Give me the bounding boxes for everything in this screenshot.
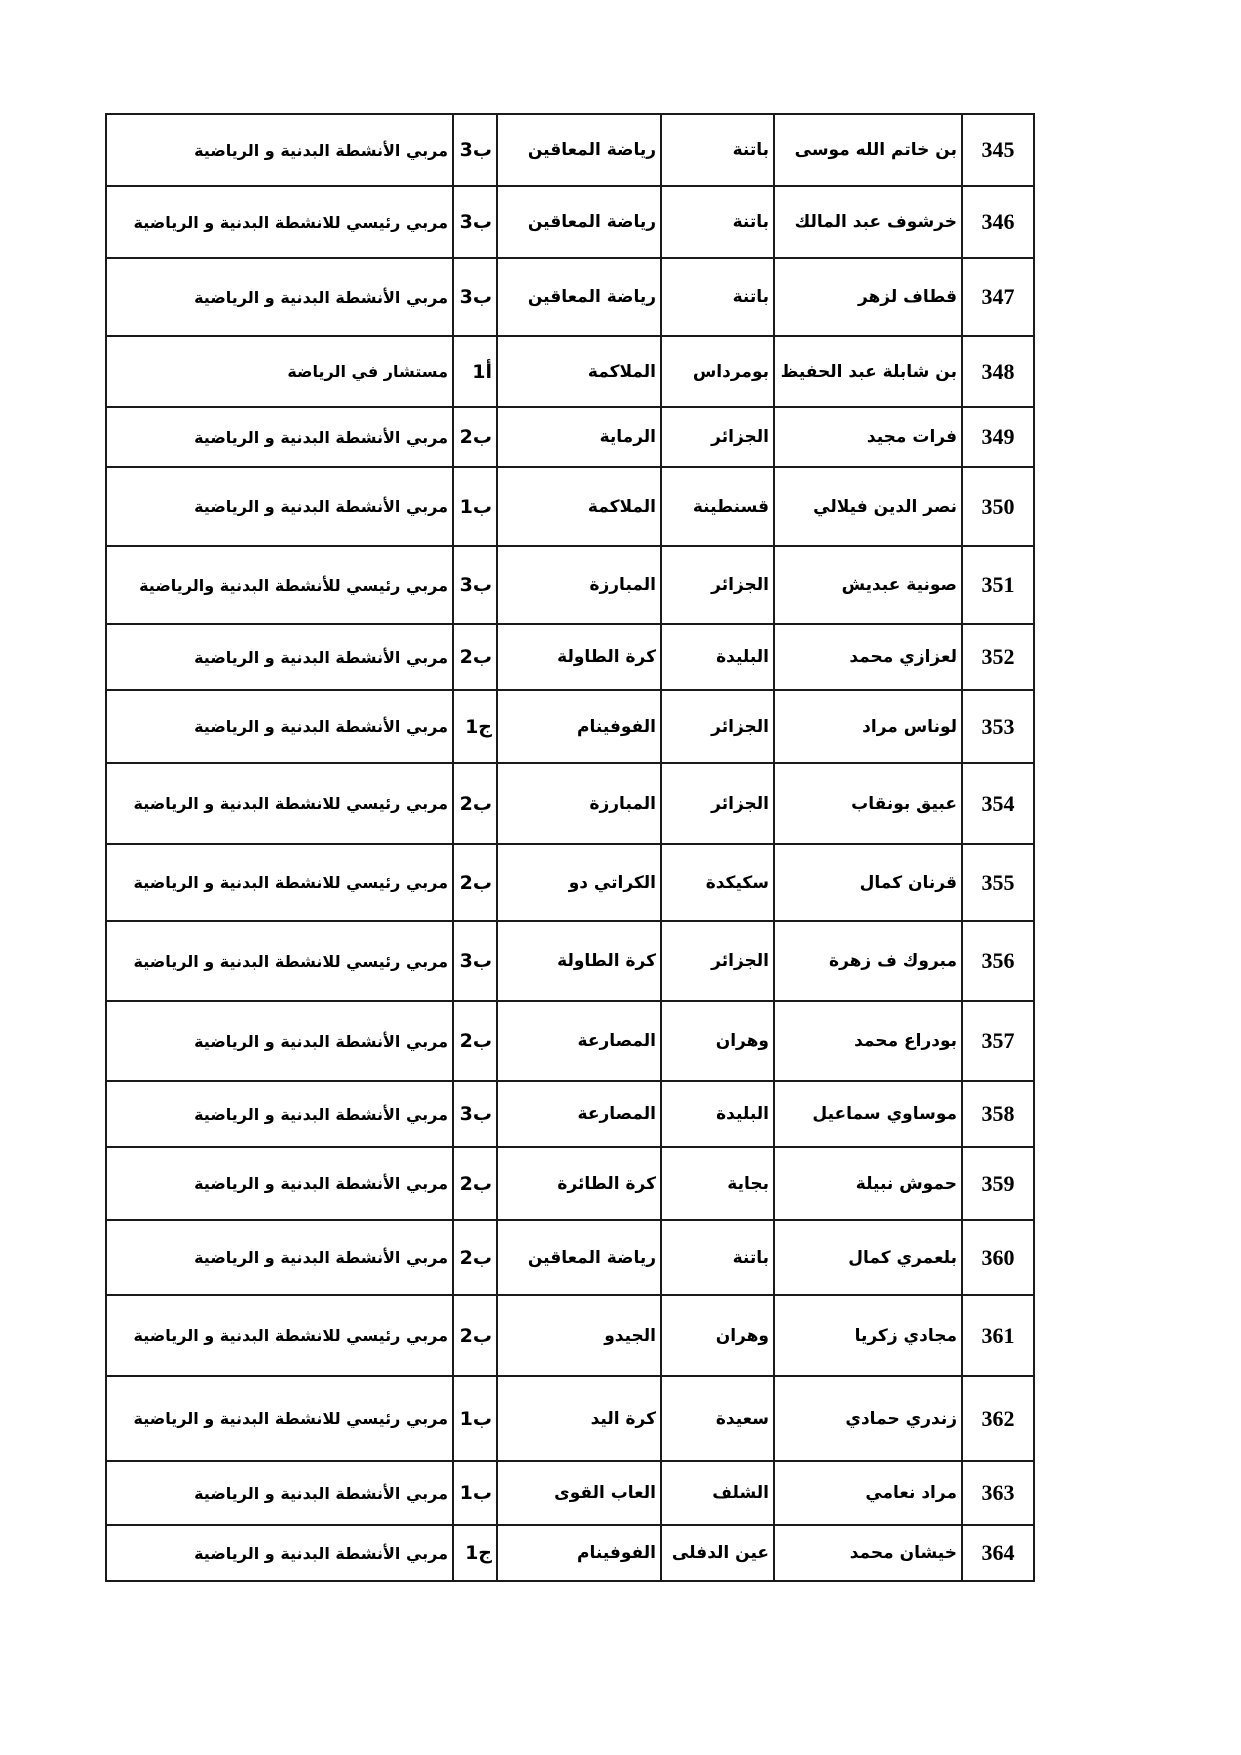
grade: ب2 [453,1147,497,1220]
job-title: مربي الأنشطة البدنية و الرياضية [106,407,453,467]
sport: الكراتي دو [497,844,661,921]
wilaya: الجزائر [661,690,774,763]
table-row: 349 فرات مجيد الجزائر الرماية ب2 مربي ال… [106,407,1034,467]
table-row: 360 بلعمري كمال باتنة رياضة المعاقين ب2 … [106,1220,1034,1295]
wilaya: وهران [661,1295,774,1376]
row-number: 361 [962,1295,1034,1376]
grade: ب2 [453,844,497,921]
table-row: 361 مجادي زكريا وهران الجيدو ب2 مربي رئي… [106,1295,1034,1376]
wilaya: قسنطينة [661,467,774,546]
grade: ب3 [453,186,497,258]
table-row: 345 بن خاتم الله موسى باتنة رياضة المعاق… [106,114,1034,186]
person-name: قطاف لزهر [774,258,962,336]
grade: ب3 [453,1081,497,1147]
wilaya: باتنة [661,114,774,186]
sport: كرة الطاولة [497,624,661,690]
coaches-table: 345 بن خاتم الله موسى باتنة رياضة المعاق… [105,113,1035,1582]
wilaya: البليدة [661,624,774,690]
sport: المبارزة [497,546,661,624]
sport: رياضة المعاقين [497,258,661,336]
grade: ب2 [453,1001,497,1081]
row-number: 351 [962,546,1034,624]
grade: ب3 [453,114,497,186]
wilaya: الجزائر [661,546,774,624]
person-name: لوناس مراد [774,690,962,763]
sport: الرماية [497,407,661,467]
row-number: 349 [962,407,1034,467]
job-title: مربي الأنشطة البدنية و الرياضية [106,1001,453,1081]
row-number: 359 [962,1147,1034,1220]
sport: الجيدو [497,1295,661,1376]
wilaya: سكيكدة [661,844,774,921]
person-name: موساوي سماعيل [774,1081,962,1147]
row-number: 357 [962,1001,1034,1081]
person-name: خيشان محمد [774,1525,962,1581]
table-body: 345 بن خاتم الله موسى باتنة رياضة المعاق… [106,114,1034,1581]
grade: ج1 [453,690,497,763]
table-row: 362 زندري حمادي سعيدة كرة اليد ب1 مربي ر… [106,1376,1034,1461]
table-row: 353 لوناس مراد الجزائر الفوفينام ج1 مربي… [106,690,1034,763]
job-title: مربي الأنشطة البدنية و الرياضية [106,1147,453,1220]
table-row: 356 مبروك ف زهرة الجزائر كرة الطاولة ب3 … [106,921,1034,1001]
job-title: مربي الأنشطة البدنية و الرياضية [106,690,453,763]
sport: المصارعة [497,1081,661,1147]
row-number: 358 [962,1081,1034,1147]
job-title: مربي الأنشطة البدنية و الرياضية [106,114,453,186]
job-title: مربي الأنشطة البدنية و الرياضية [106,258,453,336]
grade: ب3 [453,921,497,1001]
row-number: 355 [962,844,1034,921]
person-name: فرات مجيد [774,407,962,467]
row-number: 364 [962,1525,1034,1581]
wilaya: باتنة [661,258,774,336]
person-name: صونية عبديش [774,546,962,624]
person-name: بن شابلة عبد الحفيظ [774,336,962,407]
table-row: 359 حموش نبيلة بجاية كرة الطائرة ب2 مربي… [106,1147,1034,1220]
job-title: مربي الأنشطة البدنية و الرياضية [106,467,453,546]
sport: المبارزة [497,763,661,844]
job-title: مربي الأنشطة البدنية و الرياضية [106,1525,453,1581]
table-row: 348 بن شابلة عبد الحفيظ بومرداس الملاكمة… [106,336,1034,407]
table-row: 346 خرشوف عبد المالك باتنة رياضة المعاقي… [106,186,1034,258]
sport: كرة اليد [497,1376,661,1461]
grade: ب3 [453,546,497,624]
sport: رياضة المعاقين [497,114,661,186]
row-number: 345 [962,114,1034,186]
grade: ب1 [453,1376,497,1461]
sport: العاب القوى [497,1461,661,1525]
person-name: خرشوف عبد المالك [774,186,962,258]
wilaya: سعيدة [661,1376,774,1461]
job-title: مربي الأنشطة البدنية و الرياضية [106,1081,453,1147]
job-title: مربي الأنشطة البدنية و الرياضية [106,624,453,690]
job-title: مربي رئيسي للانشطة البدنية و الرياضية [106,186,453,258]
row-number: 362 [962,1376,1034,1461]
job-title: مستشار في الرياضة [106,336,453,407]
sport: الفوفينام [497,690,661,763]
job-title: مربي رئيسي للانشطة البدنية و الرياضية [106,844,453,921]
table-row: 352 لعزازي محمد البليدة كرة الطاولة ب2 م… [106,624,1034,690]
row-number: 352 [962,624,1034,690]
person-name: بن خاتم الله موسى [774,114,962,186]
grade: ج1 [453,1525,497,1581]
sport: كرة الطائرة [497,1147,661,1220]
person-name: لعزازي محمد [774,624,962,690]
grade: ب3 [453,258,497,336]
job-title: مربي رئيسي للانشطة البدنية و الرياضية [106,921,453,1001]
person-name: بودراع محمد [774,1001,962,1081]
row-number: 347 [962,258,1034,336]
table-row: 363 مراد نعامي الشلف العاب القوى ب1 مربي… [106,1461,1034,1525]
wilaya: بجاية [661,1147,774,1220]
table-row: 354 عبيق بونقاب الجزائر المبارزة ب2 مربي… [106,763,1034,844]
grade: ب2 [453,624,497,690]
grade: ب2 [453,407,497,467]
person-name: قرنان كمال [774,844,962,921]
row-number: 350 [962,467,1034,546]
job-title: مربي الأنشطة البدنية و الرياضية [106,1461,453,1525]
wilaya: عين الدفلى [661,1525,774,1581]
table-row: 351 صونية عبديش الجزائر المبارزة ب3 مربي… [106,546,1034,624]
wilaya: باتنة [661,1220,774,1295]
wilaya: باتنة [661,186,774,258]
person-name: نصر الدين فيلالي [774,467,962,546]
sport: الفوفينام [497,1525,661,1581]
table-row: 364 خيشان محمد عين الدفلى الفوفينام ج1 م… [106,1525,1034,1581]
person-name: مجادي زكريا [774,1295,962,1376]
person-name: زندري حمادي [774,1376,962,1461]
row-number: 346 [962,186,1034,258]
wilaya: وهران [661,1001,774,1081]
table-row: 358 موساوي سماعيل البليدة المصارعة ب3 مر… [106,1081,1034,1147]
table-row: 355 قرنان كمال سكيكدة الكراتي دو ب2 مربي… [106,844,1034,921]
sport: الملاكمة [497,467,661,546]
grade: ب1 [453,1461,497,1525]
person-name: مبروك ف زهرة [774,921,962,1001]
person-name: عبيق بونقاب [774,763,962,844]
wilaya: الجزائر [661,407,774,467]
grade: ب2 [453,763,497,844]
row-number: 360 [962,1220,1034,1295]
table-row: 350 نصر الدين فيلالي قسنطينة الملاكمة ب1… [106,467,1034,546]
job-title: مربي الأنشطة البدنية و الرياضية [106,1220,453,1295]
wilaya: بومرداس [661,336,774,407]
sport: الملاكمة [497,336,661,407]
grade: ب2 [453,1295,497,1376]
table-row: 347 قطاف لزهر باتنة رياضة المعاقين ب3 مر… [106,258,1034,336]
wilaya: الجزائر [661,763,774,844]
wilaya: البليدة [661,1081,774,1147]
table-row: 357 بودراع محمد وهران المصارعة ب2 مربي ا… [106,1001,1034,1081]
job-title: مربي رئيسي للانشطة البدنية و الرياضية [106,763,453,844]
job-title: مربي رئيسي للانشطة البدنية و الرياضية [106,1376,453,1461]
person-name: حموش نبيلة [774,1147,962,1220]
sport: المصارعة [497,1001,661,1081]
job-title: مربي رئيسي للانشطة البدنية و الرياضية [106,1295,453,1376]
sport: رياضة المعاقين [497,186,661,258]
document-page: 345 بن خاتم الله موسى باتنة رياضة المعاق… [0,0,1241,1755]
row-number: 363 [962,1461,1034,1525]
grade: ب2 [453,1220,497,1295]
wilaya: الجزائر [661,921,774,1001]
sport: كرة الطاولة [497,921,661,1001]
sport: رياضة المعاقين [497,1220,661,1295]
job-title: مربي رئيسي للأنشطة البدنية والرياضية [106,546,453,624]
row-number: 348 [962,336,1034,407]
wilaya: الشلف [661,1461,774,1525]
person-name: بلعمري كمال [774,1220,962,1295]
row-number: 356 [962,921,1034,1001]
row-number: 353 [962,690,1034,763]
grade: أ1 [453,336,497,407]
person-name: مراد نعامي [774,1461,962,1525]
grade: ب1 [453,467,497,546]
row-number: 354 [962,763,1034,844]
